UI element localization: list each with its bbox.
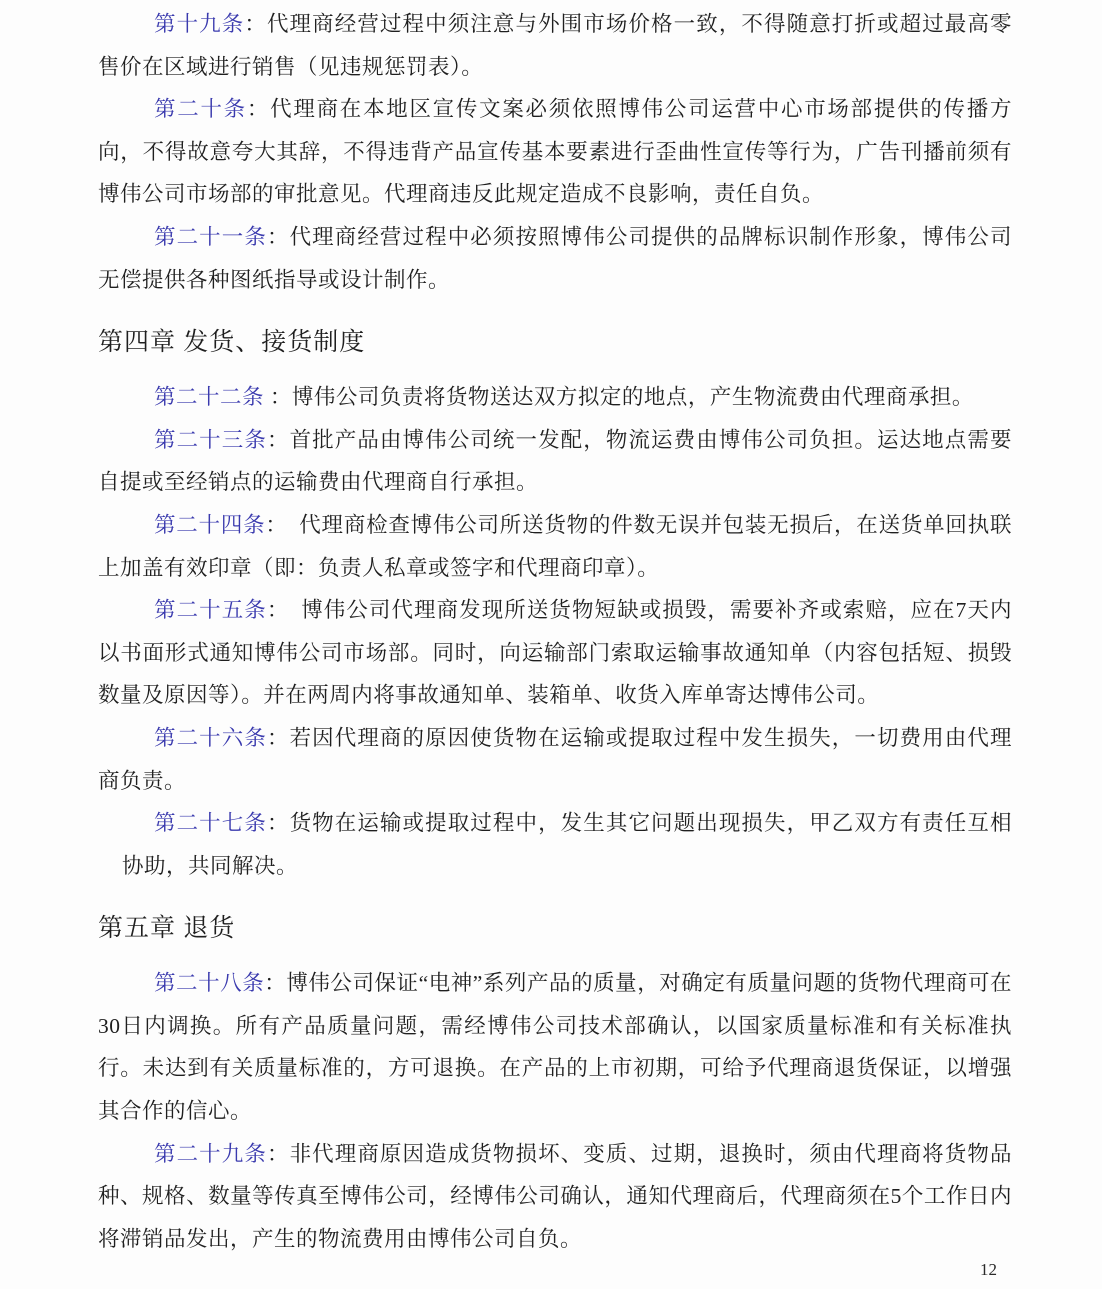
- article-number: 第二十三条: [154, 428, 267, 452]
- article-paragraph: 第二十二条 ：博伟公司负责将货物送达双方拟定的地点，产生物流费由代理商承担。: [98, 376, 1012, 419]
- article-paragraph: 第二十九条：非代理商原因造成货物损坏、变质、过期，退换时，须由代理商将货物品种、…: [98, 1133, 1012, 1261]
- article-number: 第二十条: [154, 97, 247, 121]
- article-paragraph: 第二十八条：博伟公司保证“电神”系列产品的质量，对确定有质量问题的货物代理商可在…: [98, 962, 1012, 1132]
- article-paragraph: 第十九条：代理商经营过程中须注意与外围市场价格一致，不得随意打折或超过最高零售价…: [98, 3, 1012, 88]
- article-paragraph: 第二十一条：代理商经营过程中必须按照博伟公司提供的品牌标识制作形象，博伟公司无偿…: [98, 216, 1012, 301]
- article-paragraph: 第二十条：代理商在本地区宣传文案必须依照博伟公司运营中心市场部提供的传播方向，不…: [98, 88, 1012, 216]
- article-paragraph: 第二十五条： 博伟公司代理商发现所送货物短缺或损毁，需要补齐或索赔，应在7天内以…: [98, 589, 1012, 717]
- article-colon: ：: [267, 811, 290, 835]
- document-body: 第十九条：代理商经营过程中须注意与外围市场价格一致，不得随意打折或超过最高零售价…: [98, 3, 1012, 1260]
- article-colon: ：: [267, 225, 290, 249]
- article-number: 第二十一条: [154, 225, 267, 249]
- article-colon: ：: [265, 513, 277, 537]
- article-text: 博伟公司负责将货物送达双方拟定的地点，产生物流费由代理商承担。: [292, 385, 974, 409]
- article-number: 第二十七条: [154, 811, 267, 835]
- article-paragraph: 第二十四条： 代理商检查博伟公司所送货物的件数无误并包装无损后，在送货单回执联上…: [98, 504, 1012, 589]
- article-paragraph: 第二十七条：货物在运输或提取过程中，发生其它问题出现损失，甲乙双方有责任互相协助…: [98, 802, 1012, 887]
- article-colon: ：: [267, 428, 290, 452]
- chapter-heading: 第五章 退货: [98, 907, 1012, 950]
- article-colon: ：: [247, 97, 270, 121]
- article-colon: ：: [270, 385, 292, 409]
- article-number: 第二十八条: [154, 971, 264, 995]
- article-colon: ：: [244, 12, 267, 36]
- chapter-heading: 第四章 发货、接货制度: [98, 321, 1012, 364]
- article-number: 第十九条: [154, 12, 244, 36]
- article-paragraph: 第二十三条：首批产品由博伟公司统一发配，物流运费由博伟公司负担。运达地点需要自提…: [98, 419, 1012, 504]
- article-paragraph: 第二十六条：若因代理商的原因使货物在运输或提取过程中发生损失，一切费用由代理商负…: [98, 717, 1012, 802]
- page-number: 12: [980, 1258, 997, 1282]
- article-colon: ：: [267, 1142, 290, 1166]
- article-colon: ：: [267, 598, 279, 622]
- article-number: 第二十二条: [154, 385, 270, 409]
- article-colon: ：: [264, 971, 286, 995]
- document-page: 第十九条：代理商经营过程中须注意与外围市场价格一致，不得随意打折或超过最高零售价…: [0, 0, 1102, 1289]
- article-number: 第二十四条: [154, 513, 265, 537]
- article-number: 第二十六条: [154, 726, 267, 750]
- article-number: 第二十五条: [154, 598, 267, 622]
- article-number: 第二十九条: [154, 1142, 267, 1166]
- article-colon: ：: [267, 726, 290, 750]
